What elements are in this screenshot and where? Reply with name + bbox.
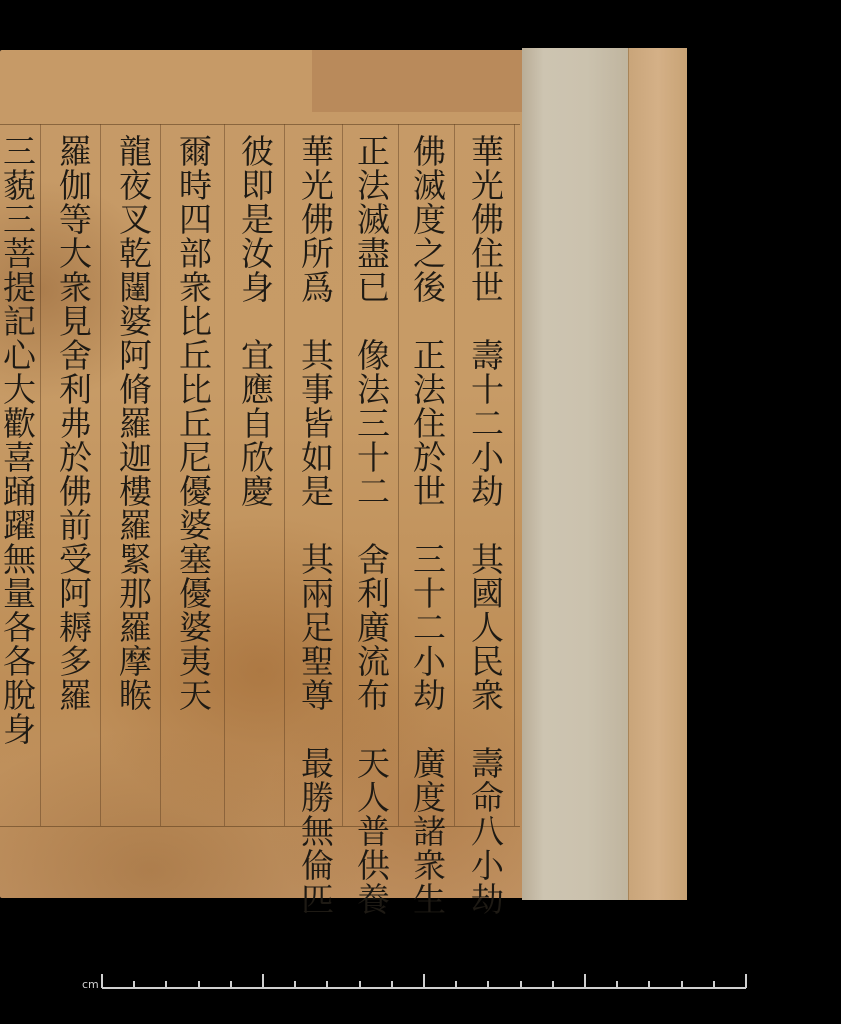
scale-tick	[616, 981, 618, 988]
text-column-5: 彼即是汝身 宜應自欣慶	[228, 134, 282, 508]
scale-tick	[294, 981, 296, 988]
text-column-4: 華光佛所爲 其事皆如是 其兩足聖尊 最勝無倫匹	[288, 134, 342, 916]
scale-tick	[552, 981, 554, 988]
text-column-7: 龍夜叉乾闥婆阿脩羅迦樓羅緊那羅摩睺	[106, 134, 160, 712]
text-column-3: 正法滅盡已 像法三十二 舍利廣流布 天人普供養	[344, 134, 398, 916]
text-column-1: 華光佛住世 壽十二小劫 其國人民衆 壽命八小劫	[458, 134, 512, 916]
scroll-fragment: 華光佛住世 壽十二小劫 其國人民衆 壽命八小劫 佛滅度之後 正法住於世 三十二小…	[0, 48, 686, 900]
text-column-2: 佛滅度之後 正法住於世 三十二小劫 廣度諸衆生	[400, 134, 454, 916]
manuscript-paper: 華光佛住世 壽十二小劫 其國人民衆 壽命八小劫 佛滅度之後 正法住於世 三十二小…	[0, 50, 525, 898]
scale-tick	[359, 981, 361, 988]
scale-bar: cm	[82, 968, 762, 998]
column-rule	[398, 124, 399, 826]
column-rule	[284, 124, 285, 826]
scale-tick	[391, 981, 393, 988]
scale-tick	[262, 974, 264, 988]
scale-tick	[326, 981, 328, 988]
scale-tick	[198, 981, 200, 988]
scale-tick	[423, 974, 425, 988]
column-rule	[514, 124, 515, 826]
scale-tick	[101, 974, 103, 988]
scale-tick	[165, 981, 167, 988]
scale-tick	[681, 981, 683, 988]
top-margin-rule	[0, 124, 520, 125]
column-rule	[100, 124, 101, 826]
text-column-9: 三藐三菩提記心大歡喜踊躍無量各各脫身	[0, 134, 44, 746]
scale-tick	[713, 981, 715, 988]
column-rule	[160, 124, 161, 826]
scale-tick	[648, 981, 650, 988]
scale-tick	[133, 981, 135, 988]
paper-repair-patch	[312, 50, 522, 112]
text-column-8: 羅伽等大衆見舍利弗於佛前受阿耨多羅	[46, 134, 100, 712]
scale-tick	[455, 981, 457, 988]
scale-tick	[487, 981, 489, 988]
scale-tick	[745, 974, 747, 988]
column-rule	[454, 124, 455, 826]
scale-unit-label: cm	[82, 978, 99, 991]
column-rule	[224, 124, 225, 826]
scale-tick	[520, 981, 522, 988]
mounting-silk	[522, 48, 630, 900]
text-column-6: 爾時四部衆比丘比丘尼優婆塞優婆夷天	[166, 134, 220, 712]
mounting-edge-paper	[628, 48, 687, 900]
scale-tick	[584, 974, 586, 988]
column-rule	[342, 124, 343, 826]
scale-tick	[230, 981, 232, 988]
